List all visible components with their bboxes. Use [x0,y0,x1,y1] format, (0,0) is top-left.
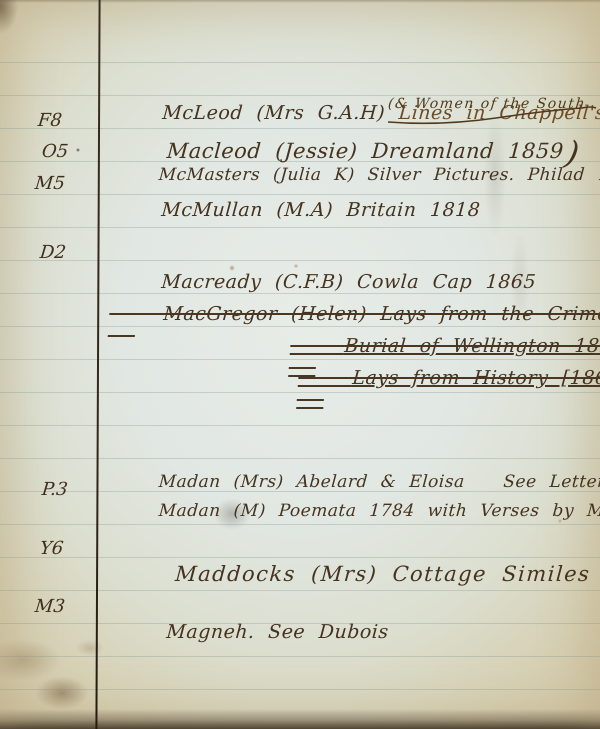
shelf-mark-o5: O5 [41,141,69,162]
shelf-mark-m3: M3 [34,596,66,617]
catalog-entry-lays-from-history-struck: Lays from History [1862] [296,345,600,411]
entry-text: Maddocks (Mrs) Cottage Similes 1829 [174,562,600,586]
shelf-mark-p3: P.3 [41,479,69,500]
manuscript-page: F8 O5 M5 D2 P.3 Y6 M3 McLeod (Mrs G.A.H)… [0,0,600,729]
shelf-mark-m5: M5 [34,173,66,194]
shelf-mark-f8: F8 [37,110,63,131]
catalog-entry-magneh: Magneh. See Dubois [110,599,391,665]
catalog-entry-mcmullan: McMullan (M.A) Britain 1818 [105,177,483,243]
entry-text: Magneh. See Dubois [166,621,390,643]
catalog-entry-madan-poemata: Madan (M) Poemata 1784 with Verses by Mi… [105,481,600,541]
shelf-mark-y6: Y6 [39,538,65,559]
shelf-mark-d2: D2 [39,242,67,263]
entry-text: Madan (M) Poemata 1784 with Verses by Mi… [158,501,600,521]
entry-text: Lays from History [1862] [352,367,600,389]
entry-text: McMullan (M.A) Britain 1818 [161,199,481,221]
margin-rule-line [95,0,100,729]
